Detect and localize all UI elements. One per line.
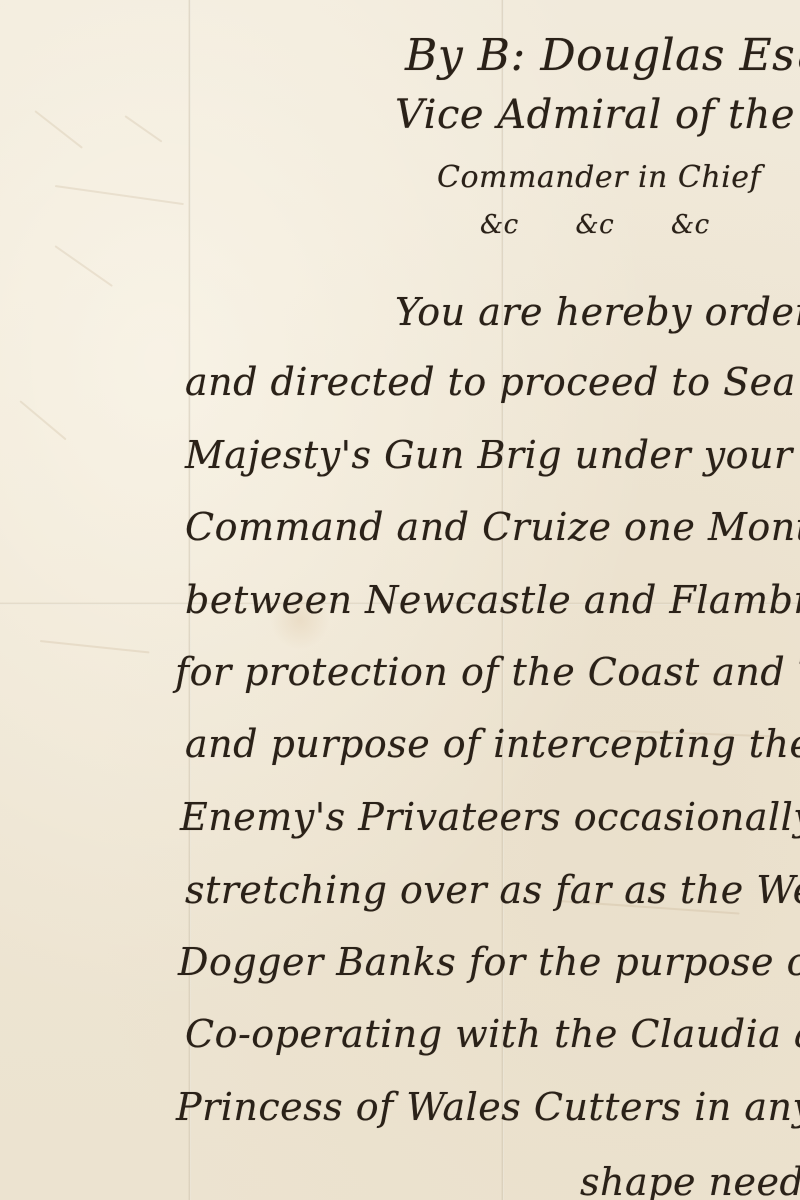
ink-bleed-mark (19, 400, 66, 440)
body-line-4: Command and Cruize one Month (185, 505, 800, 549)
ink-bleed-mark (55, 185, 184, 205)
ink-bleed-mark (40, 640, 150, 653)
body-line-11: Co-operating with the Claudia and (185, 1012, 800, 1056)
body-line-2: and directed to proceed to Sea with His (185, 360, 800, 404)
manuscript-page: By B: Douglas Esqr Vice Admiral of the B… (0, 0, 800, 1200)
title-line: Commander in Chief (437, 160, 761, 195)
body-line-1: You are hereby ordered (395, 290, 800, 334)
body-line-10: Dogger Banks for the purpose of (178, 940, 800, 984)
author-line: By B: Douglas Esqr (405, 30, 800, 81)
body-line-12: Princess of Wales Cutters in any (176, 1085, 800, 1129)
body-line-7: and purpose of intercepting the (185, 722, 800, 766)
body-line-5: between Newcastle and Flambro' Head (185, 578, 800, 622)
ink-bleed-mark (124, 115, 162, 142)
body-line-9: stretching over as far as the Well and (185, 868, 800, 912)
body-line-13: shape needful (580, 1160, 800, 1200)
ink-bleed-mark (54, 245, 112, 287)
body-line-3: Majesty's Gun Brig under your (185, 433, 793, 477)
body-line-6: for protection of the Coast and Trade (175, 650, 800, 694)
ink-bleed-mark (34, 110, 83, 149)
body-line-8: Enemy's Privateers occasionally (180, 795, 800, 839)
rank-line: Vice Admiral of the Blue (395, 92, 800, 138)
etcetera-line: &c &c &c (480, 210, 710, 240)
